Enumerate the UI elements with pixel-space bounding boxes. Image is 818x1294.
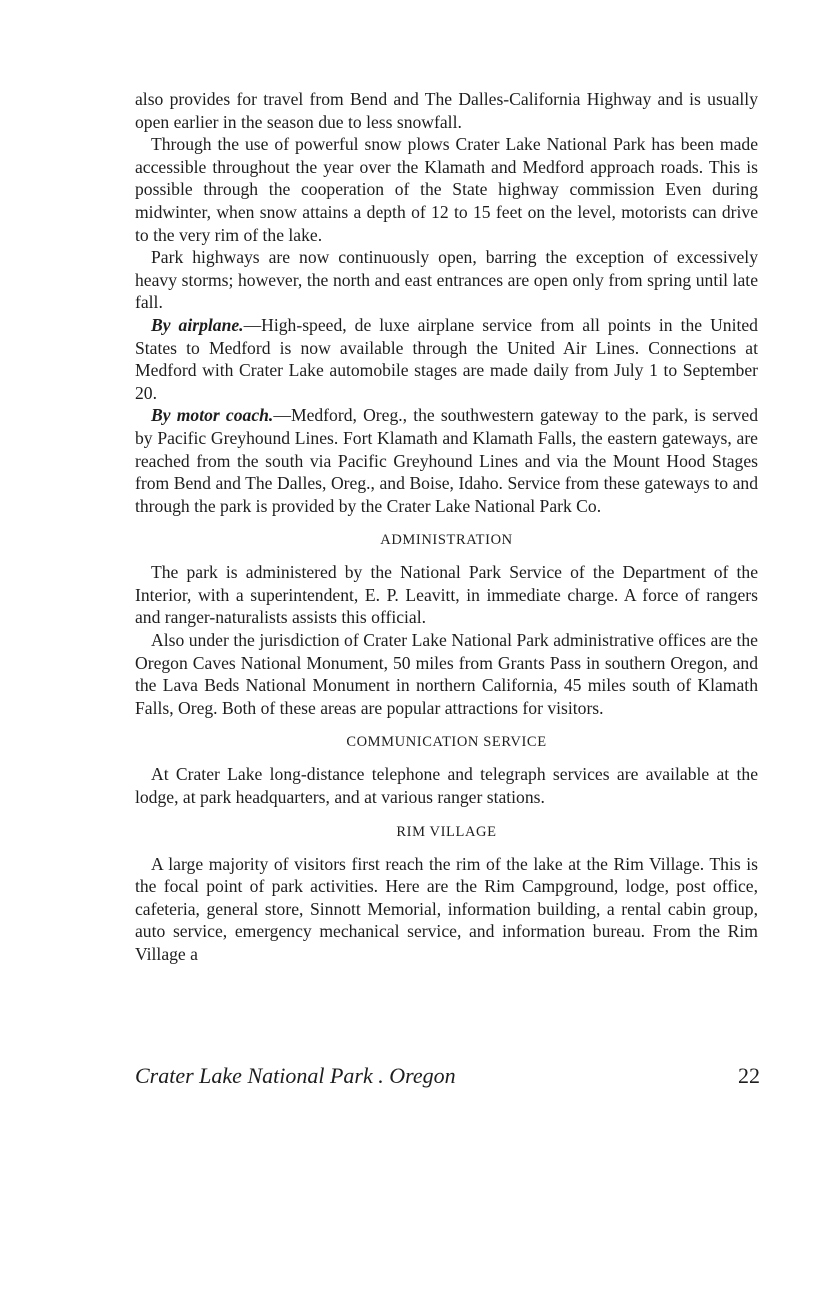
paragraph-communication: At Crater Lake long-distance telephone a…	[135, 763, 758, 808]
paragraph-administration-1: The park is administered by the National…	[135, 561, 758, 629]
section-heading-communication: COMMUNICATION SERVICE	[135, 733, 758, 751]
section-heading-rim-village: RIM VILLAGE	[135, 823, 758, 841]
paragraph-park-highways: Park highways are now continuously open,…	[135, 246, 758, 314]
page-number: 22	[738, 1063, 760, 1089]
paragraph-by-airplane: By airplane.—High-speed, de luxe airplan…	[135, 314, 758, 404]
footer-title: Crater Lake National Park . Oregon	[135, 1063, 456, 1089]
page-footer: Crater Lake National Park . Oregon 22	[135, 1063, 760, 1089]
paragraph-highway-continuation: also provides for travel from Bend and T…	[135, 88, 758, 133]
paragraph-by-motor-coach: By motor coach.—Medford, Oreg., the sout…	[135, 404, 758, 517]
section-heading-administration: ADMINISTRATION	[135, 531, 758, 549]
paragraph-rim-village: A large majority of visitors first reach…	[135, 853, 758, 966]
run-in-heading-airplane: By airplane.	[151, 315, 244, 335]
paragraph-snow-plows: Through the use of powerful snow plows C…	[135, 133, 758, 246]
run-in-heading-motor-coach: By motor coach.	[151, 405, 273, 425]
paragraph-administration-2: Also under the jurisdiction of Crater La…	[135, 629, 758, 719]
page-body: also provides for travel from Bend and T…	[135, 88, 758, 966]
